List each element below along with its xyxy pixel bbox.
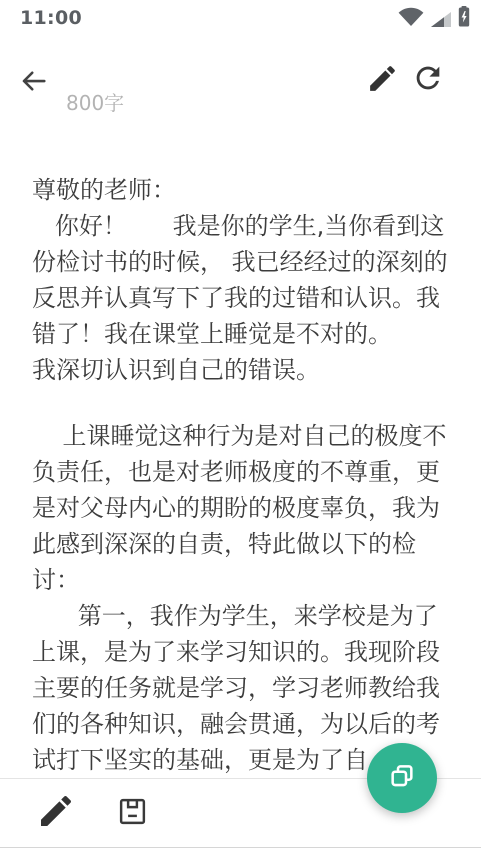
save-icon	[117, 796, 148, 831]
edit-tool-button[interactable]	[34, 791, 78, 835]
text-line: 尊敬的老师：	[32, 172, 453, 208]
paragraph-block-1: 尊敬的老师： 你好！ 我是你的学生,当你看到这份检讨书的时候， 我已经经过的深刻…	[32, 172, 453, 388]
cellular-signal-icon	[430, 11, 452, 27]
text-line: 是对父母内心的期盼的极度辜负，我为	[32, 490, 453, 526]
text-line: 主要的任务就是学习，学习老师教给我	[32, 670, 453, 706]
refresh-icon	[411, 61, 445, 99]
text-line: 你好！ 我是你的学生,当你看到这	[32, 208, 453, 244]
text-line: 此感到深深的自责，特此做以下的检	[32, 526, 453, 562]
edit-pencil-icon	[36, 791, 76, 835]
copy-icon	[386, 760, 418, 796]
text-line: 我深切认识到自己的错误。	[32, 352, 453, 388]
text-line: 讨：	[32, 562, 453, 598]
edit-pencil-icon	[366, 62, 399, 99]
status-icons	[398, 5, 470, 27]
word-count-label: 800字	[66, 87, 124, 116]
text-line: 负责任，也是对老师极度的不尊重，更	[32, 454, 453, 490]
text-line: 上课睡觉这种行为是对自己的极度不	[32, 418, 453, 454]
edit-button[interactable]	[360, 58, 404, 102]
refresh-button[interactable]	[406, 58, 450, 102]
text-line: 反思并认真写下了我的过错和认识。我	[32, 280, 453, 316]
battery-charging-icon	[458, 6, 470, 27]
text-line: 们的各种知识，融会贯通，为以后的考	[32, 706, 453, 742]
app-screen: 11:00	[0, 0, 481, 856]
document-content: 尊敬的老师： 你好！ 我是你的学生,当你看到这份检讨书的时候， 我已经经过的深刻…	[32, 172, 453, 778]
text-line: 份检讨书的时候， 我已经经过的深刻的	[32, 244, 453, 280]
paragraph-block-2: 上课睡觉这种行为是对自己的极度不负责任，也是对老师极度的不尊重，更是对父母内心的…	[32, 418, 453, 778]
save-tool-button[interactable]	[110, 791, 154, 835]
text-line: 第一，我作为学生，来学校是为了	[32, 598, 453, 634]
text-line: 上课，是为了来学习知识的。我现阶段	[32, 634, 453, 670]
text-line: 错了！我在课堂上睡觉是不对的。	[32, 316, 453, 352]
status-bar: 11:00	[0, 0, 481, 36]
status-time: 11:00	[20, 7, 82, 29]
back-arrow-icon	[18, 66, 48, 100]
paragraph-gap	[32, 388, 453, 418]
fab-copy-button[interactable]	[367, 743, 437, 813]
back-button[interactable]	[13, 63, 53, 103]
wifi-icon	[398, 7, 424, 27]
